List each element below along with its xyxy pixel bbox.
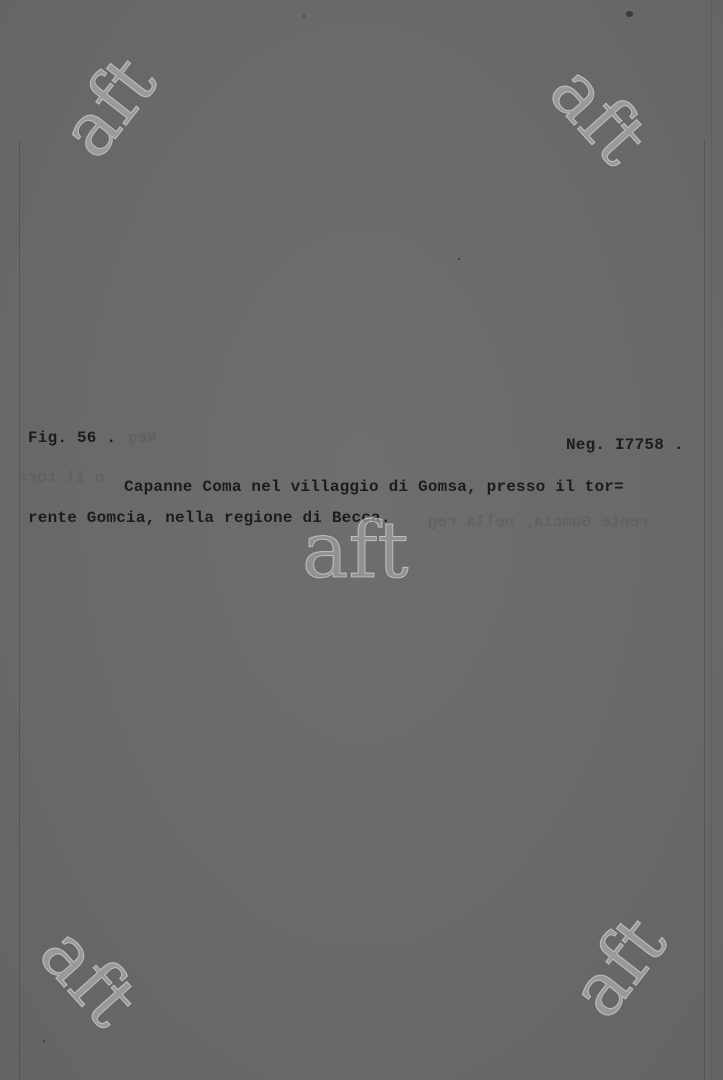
watermark-center: aft: [302, 512, 409, 590]
dust-speck: [458, 258, 460, 260]
watermark-top-right: aft: [537, 53, 660, 178]
dust-speck: [43, 1040, 45, 1042]
card-edge-right: [704, 140, 705, 1080]
archive-card: o il tor= rente Gomcia, nella reg Neg Fi…: [0, 0, 723, 1080]
dust-speck: [626, 11, 633, 17]
bleed-through-text: o il tor=: [18, 470, 104, 486]
dust-speck: [303, 15, 305, 17]
card-edge-left: [19, 140, 20, 1080]
watermark-bottom-left: aft: [27, 915, 150, 1040]
negative-number: Neg. I7758 .: [566, 437, 684, 453]
bleed-through-text: rente Gomcia, nella reg: [428, 514, 649, 530]
figure-label: Fig. 56 .: [28, 430, 116, 446]
watermark-top-left: aft: [48, 44, 169, 169]
caption-line: Capanne Coma nel villaggio di Gomsa, pre…: [124, 479, 624, 495]
bleed-through-text: Neg: [128, 430, 157, 446]
watermark-bottom-right: aft: [558, 904, 679, 1029]
card-edge-right-outer: [711, 0, 712, 1080]
